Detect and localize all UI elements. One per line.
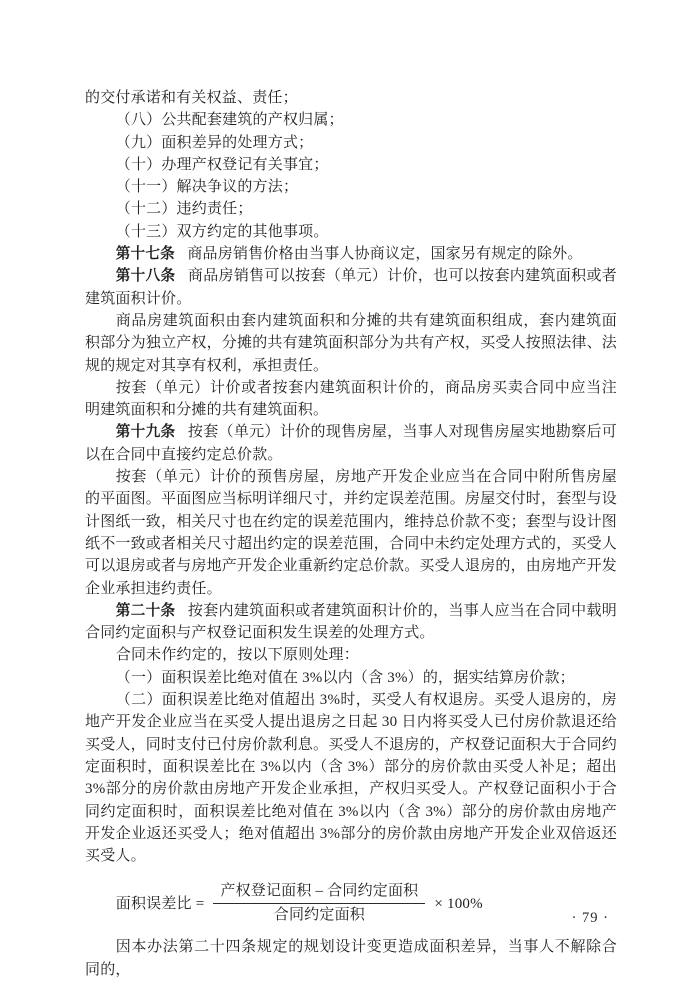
paragraph: （十三）双方约定的其他事项。	[85, 221, 617, 243]
paragraphs-before-formula: 的交付承诺和有关权益、责任；（八）公共配套建筑的产权归属；（九）面积差异的处理方…	[85, 87, 617, 867]
paragraph: （八）公共配套建筑的产权归属；	[85, 109, 617, 131]
paragraph: （十二）违约责任；	[85, 198, 617, 220]
article-number-label: 第二十条	[116, 603, 176, 619]
paragraph: 合同未作约定的，按以下原则处理：	[85, 644, 617, 666]
paragraph: （十一）解决争议的方法；	[85, 176, 617, 198]
paragraph: 商品房建筑面积由套内建筑面积和分摊的共有建筑面积组成，套内建筑面积部分为独立产权…	[85, 310, 617, 377]
paragraph: 按套（单元）计价或者按套内建筑面积计价的，商品房买卖合同中应当注明建筑面积和分摊…	[85, 377, 617, 422]
paragraph: （二）面积误差比绝对值超出 3%时，买受人有权退房。买受人退房的，房地产开发企业…	[85, 689, 617, 867]
area-error-ratio-formula: 面积误差比 = 产权登记面积 – 合同约定面积 合同约定面积 × 100%	[85, 881, 617, 926]
article-number-label: 第十九条	[116, 424, 176, 440]
paragraph: （九）面积差异的处理方式；	[85, 132, 617, 154]
paragraph: （一）面积误差比绝对值在 3%以内（含 3%）的，据实结算房价款；	[85, 667, 617, 689]
paragraph: 按套（单元）计价的预售房屋，房地产开发企业应当在合同中附所售房屋的平面图。平面图…	[85, 466, 617, 600]
formula-fraction: 产权登记面积 – 合同约定面积 合同约定面积	[213, 881, 425, 926]
paragraph: 的交付承诺和有关权益、责任；	[85, 87, 617, 109]
page-number: · 79 ·	[572, 910, 609, 927]
article-paragraph: 第十七条商品房销售价格由当事人协商议定，国家另有规定的除外。	[85, 243, 617, 265]
document-page: 的交付承诺和有关权益、责任；（八）公共配套建筑的产权归属；（九）面积差异的处理方…	[0, 0, 699, 982]
paragraphs-after-formula: 因本办法第二十四条规定的规划设计变更造成面积差异，当事人不解除合同的，	[85, 936, 617, 981]
formula-rhs: × 100%	[434, 893, 482, 915]
formula-lhs: 面积误差比 =	[116, 893, 205, 915]
paragraph: 因本办法第二十四条规定的规划设计变更造成面积差异，当事人不解除合同的，	[85, 936, 617, 981]
article-paragraph: 第二十条按套内建筑面积或者建筑面积计价的，当事人应当在合同中载明合同约定面积与产…	[85, 600, 617, 645]
formula-denominator: 合同约定面积	[213, 903, 425, 926]
article-number-label: 第十七条	[116, 246, 175, 262]
article-paragraph: 第十八条商品房销售可以按套（单元）计价，也可以按套内建筑面积或者建筑面积计价。	[85, 265, 617, 310]
article-paragraph: 第十九条按套（单元）计价的现售房屋，当事人对现售房屋实地勘察后可以在合同中直接约…	[85, 421, 617, 466]
article-number-label: 第十八条	[116, 268, 176, 284]
paragraph: （十）办理产权登记有关事宜；	[85, 154, 617, 176]
formula-numerator: 产权登记面积 – 合同约定面积	[213, 881, 425, 903]
text-block: 的交付承诺和有关权益、责任；（八）公共配套建筑的产权归属；（九）面积差异的处理方…	[85, 87, 617, 981]
